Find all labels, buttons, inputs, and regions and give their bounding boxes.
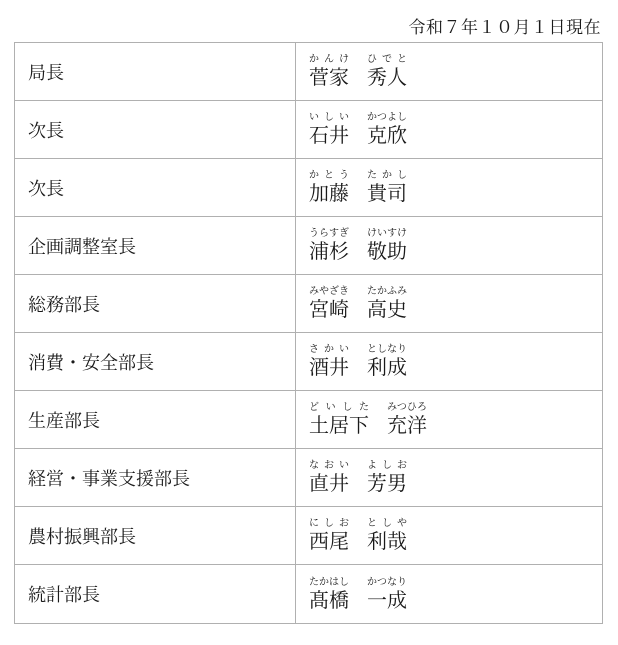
given-name-text: 充洋 [387,414,427,438]
person-name-cell: なおい 直井 よしお 芳男 [296,449,602,506]
given-name-furigana: よしお [367,459,407,472]
given-name: みつひろ 充洋 [387,401,427,438]
person-name-cell: さかい 酒井 としなり 利成 [296,333,602,390]
given-name-furigana: けいすけ [367,227,407,240]
person-name-cell: にしお 西尾 としや 利哉 [296,507,602,564]
position-title: 消費・安全部長 [28,349,154,375]
given-name-furigana: ひでと [367,53,407,66]
surname: いしい 石井 [309,111,349,148]
table-row: 次長 いしい 石井 かつよし 克欣 [15,101,602,159]
person-name-cell: うらすぎ 浦杉 けいすけ 敬助 [296,217,602,274]
person-name-cell: たかはし 髙橋 かつなり 一成 [296,565,602,623]
surname-text: 菅家 [309,66,349,90]
given-name-text: 芳男 [367,472,407,496]
surname: たかはし 髙橋 [309,576,349,613]
position-title-cell: 生産部長 [15,391,296,448]
given-name: たかし 貴司 [367,169,407,206]
position-title-cell: 経営・事業支援部長 [15,449,296,506]
table-row: 経営・事業支援部長 なおい 直井 よしお 芳男 [15,449,602,507]
table-row: 農村振興部長 にしお 西尾 としや 利哉 [15,507,602,565]
given-name-text: 利成 [367,356,407,380]
person-name-cell: どいした 土居下 みつひろ 充洋 [296,391,602,448]
person-name-cell: かんけ 菅家 ひでと 秀人 [296,43,602,100]
position-title: 農村振興部長 [28,523,136,549]
given-name-text: 秀人 [367,66,407,90]
surname-furigana: にしお [309,517,349,530]
position-title-cell: 企画調整室長 [15,217,296,274]
given-name-furigana: かつなり [367,576,407,589]
surname-text: 加藤 [309,182,349,206]
given-name-furigana: としなり [367,343,407,356]
staff-roster-table: 局長 かんけ 菅家 ひでと 秀人 次長 いしい 石井 かつよし 克欣 [14,42,603,624]
position-title-cell: 統計部長 [15,565,296,623]
surname-text: 浦杉 [309,240,349,264]
position-title: 次長 [28,117,64,143]
as-of-date: 令和７年１０月１日現在 [409,13,602,38]
given-name: ひでと 秀人 [367,53,407,90]
surname-furigana: どいした [309,401,369,414]
position-title-cell: 消費・安全部長 [15,333,296,390]
surname: どいした 土居下 [309,401,369,438]
given-name: としや 利哉 [367,517,407,554]
surname: なおい 直井 [309,459,349,496]
table-row: 総務部長 みやざき 宮崎 たかふみ 高史 [15,275,602,333]
position-title-cell: 次長 [15,101,296,158]
surname-furigana: なおい [309,459,349,472]
surname-text: 直井 [309,472,349,496]
given-name-furigana: たかふみ [367,285,407,298]
surname-text: 西尾 [309,530,349,554]
page: 令和７年１０月１日現在 局長 かんけ 菅家 ひでと 秀人 次長 いしい 石井 [0,0,618,645]
position-title: 生産部長 [28,407,100,433]
surname-furigana: かとう [309,169,349,182]
person-name-cell: いしい 石井 かつよし 克欣 [296,101,602,158]
position-title: 経営・事業支援部長 [28,465,190,491]
surname-text: 石井 [309,124,349,148]
surname-text: 土居下 [309,414,369,438]
surname: かんけ 菅家 [309,53,349,90]
given-name-text: 高史 [367,298,407,322]
table-row: 企画調整室長 うらすぎ 浦杉 けいすけ 敬助 [15,217,602,275]
surname-furigana: うらすぎ [309,227,349,240]
given-name: けいすけ 敬助 [367,227,407,264]
position-title: 企画調整室長 [28,233,136,259]
person-name-cell: かとう 加藤 たかし 貴司 [296,159,602,216]
given-name-text: 敬助 [367,240,407,264]
given-name: よしお 芳男 [367,459,407,496]
table-row: 消費・安全部長 さかい 酒井 としなり 利成 [15,333,602,391]
position-title-cell: 局長 [15,43,296,100]
given-name-furigana: かつよし [367,111,407,124]
given-name-text: 克欣 [367,124,407,148]
position-title: 統計部長 [28,581,100,607]
given-name: としなり 利成 [367,343,407,380]
given-name: たかふみ 高史 [367,285,407,322]
position-title: 次長 [28,175,64,201]
table-row: 統計部長 たかはし 髙橋 かつなり 一成 [15,565,602,623]
position-title-cell: 次長 [15,159,296,216]
surname-furigana: たかはし [309,576,349,589]
given-name-text: 一成 [367,589,407,613]
given-name: かつなり 一成 [367,576,407,613]
given-name-furigana: みつひろ [387,401,427,414]
position-title: 局長 [28,59,64,85]
position-title-cell: 農村振興部長 [15,507,296,564]
surname-furigana: みやざき [309,285,349,298]
position-title: 総務部長 [28,291,100,317]
surname: さかい 酒井 [309,343,349,380]
table-row: 局長 かんけ 菅家 ひでと 秀人 [15,43,602,101]
surname-text: 髙橋 [309,589,349,613]
surname-text: 酒井 [309,356,349,380]
surname: みやざき 宮崎 [309,285,349,322]
surname-furigana: かんけ [309,53,349,66]
surname-furigana: さかい [309,343,349,356]
person-name-cell: みやざき 宮崎 たかふみ 高史 [296,275,602,332]
given-name-furigana: たかし [367,169,407,182]
given-name-text: 貴司 [367,182,407,206]
surname-furigana: いしい [309,111,349,124]
position-title-cell: 総務部長 [15,275,296,332]
table-row: 生産部長 どいした 土居下 みつひろ 充洋 [15,391,602,449]
given-name: かつよし 克欣 [367,111,407,148]
given-name-text: 利哉 [367,530,407,554]
surname: にしお 西尾 [309,517,349,554]
surname: うらすぎ 浦杉 [309,227,349,264]
given-name-furigana: としや [367,517,407,530]
surname-text: 宮崎 [309,298,349,322]
table-row: 次長 かとう 加藤 たかし 貴司 [15,159,602,217]
surname: かとう 加藤 [309,169,349,206]
